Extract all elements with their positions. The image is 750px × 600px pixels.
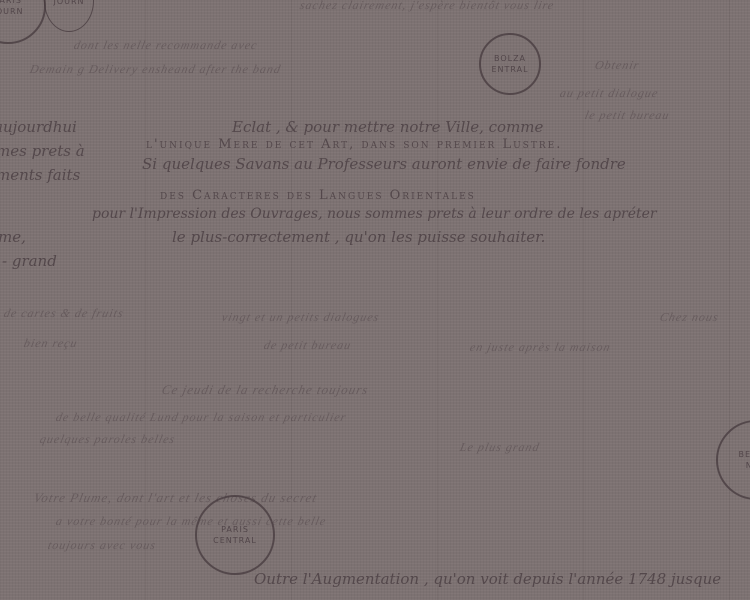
printed-line: aujourdhui: [0, 118, 77, 136]
printed-line: me,: [0, 228, 26, 246]
wallpaper-pattern: Eclat , & pour mettre notre Ville, comme…: [0, 0, 750, 600]
handwriting-line: vingt et un petits dialogues: [220, 310, 381, 325]
printed-line: ments faits: [0, 166, 80, 184]
stamp-text: ENTRAL: [491, 64, 528, 75]
printed-line: Outre l'Augmentation , qu'on voit depuis…: [254, 570, 721, 588]
printed-line: Eclat , & pour mettre notre Ville, comme: [232, 118, 543, 136]
printed-line: - grand: [2, 252, 57, 270]
handwriting-line: Chez nous: [658, 310, 720, 325]
handwriting-line: en juste après la maison: [468, 340, 612, 355]
handwriting-line: de belle qualité Lund pour la saison et …: [54, 410, 348, 425]
handwriting-line: le petit bureau: [583, 108, 671, 123]
postmark-stamp: JOURN: [44, 0, 94, 32]
handwriting-line: toujours avec vous: [46, 538, 157, 553]
stamp-text: JOURN: [0, 6, 24, 17]
postmark-stamp: PARIS CENTRAL: [195, 495, 275, 575]
printed-line: des Caracteres des Langues Orientales: [160, 188, 476, 203]
handwriting-line: de cartes & de fruits: [2, 306, 125, 321]
printed-line: mes prets à: [0, 142, 85, 160]
postmark-stamp: BERLIN NOV: [716, 420, 750, 500]
handwriting-line: Demain g Delivery ensheand after the ban…: [28, 62, 282, 77]
stamp-text: CENTRAL: [213, 535, 257, 546]
handwriting-line: de petit bureau: [262, 338, 352, 353]
printed-line: l'unique Mere de cet Art, dans son premi…: [146, 137, 562, 152]
text-span: Eclat , & pour mettre notre Ville, comme: [232, 118, 543, 136]
handwriting-line: bien reçu: [22, 336, 79, 351]
handwriting-line: au petit dialogue: [558, 86, 660, 101]
stamp-text: JOURN: [53, 0, 84, 7]
printed-line: Si quelques Savans au Professeurs auront…: [142, 155, 626, 173]
stamp-text: NOV: [746, 460, 750, 471]
handwriting-line: Obtenir: [593, 58, 641, 73]
postmark-stamp: PARIS JOURN: [0, 0, 46, 44]
handwriting-line: Ce jeudi de la recherche toujours: [160, 382, 370, 398]
handwriting-line: dont les nelle recommande avec: [72, 38, 259, 53]
handwriting-line: a votre bonté pour la même et aussi cett…: [54, 514, 327, 529]
postmark-stamp: BOLZA ENTRAL: [479, 33, 541, 95]
printed-line: pour l'Impression des Ouvrages, nous som…: [92, 206, 657, 222]
handwriting-line: sachez clairement, j'espère bientôt vous…: [298, 0, 555, 13]
stamp-text: BERLIN: [739, 449, 750, 460]
handwriting-line: quelques paroles belles: [38, 432, 176, 447]
printed-line: le plus-correctement , qu'on les puisse …: [172, 228, 545, 246]
handwriting-line: Le plus grand: [458, 440, 541, 455]
handwriting-line: Votre Plume, dont l'art et les choses du…: [32, 490, 319, 506]
stamp-text: BOLZA: [494, 53, 526, 64]
stamp-text: PARIS: [221, 524, 249, 535]
